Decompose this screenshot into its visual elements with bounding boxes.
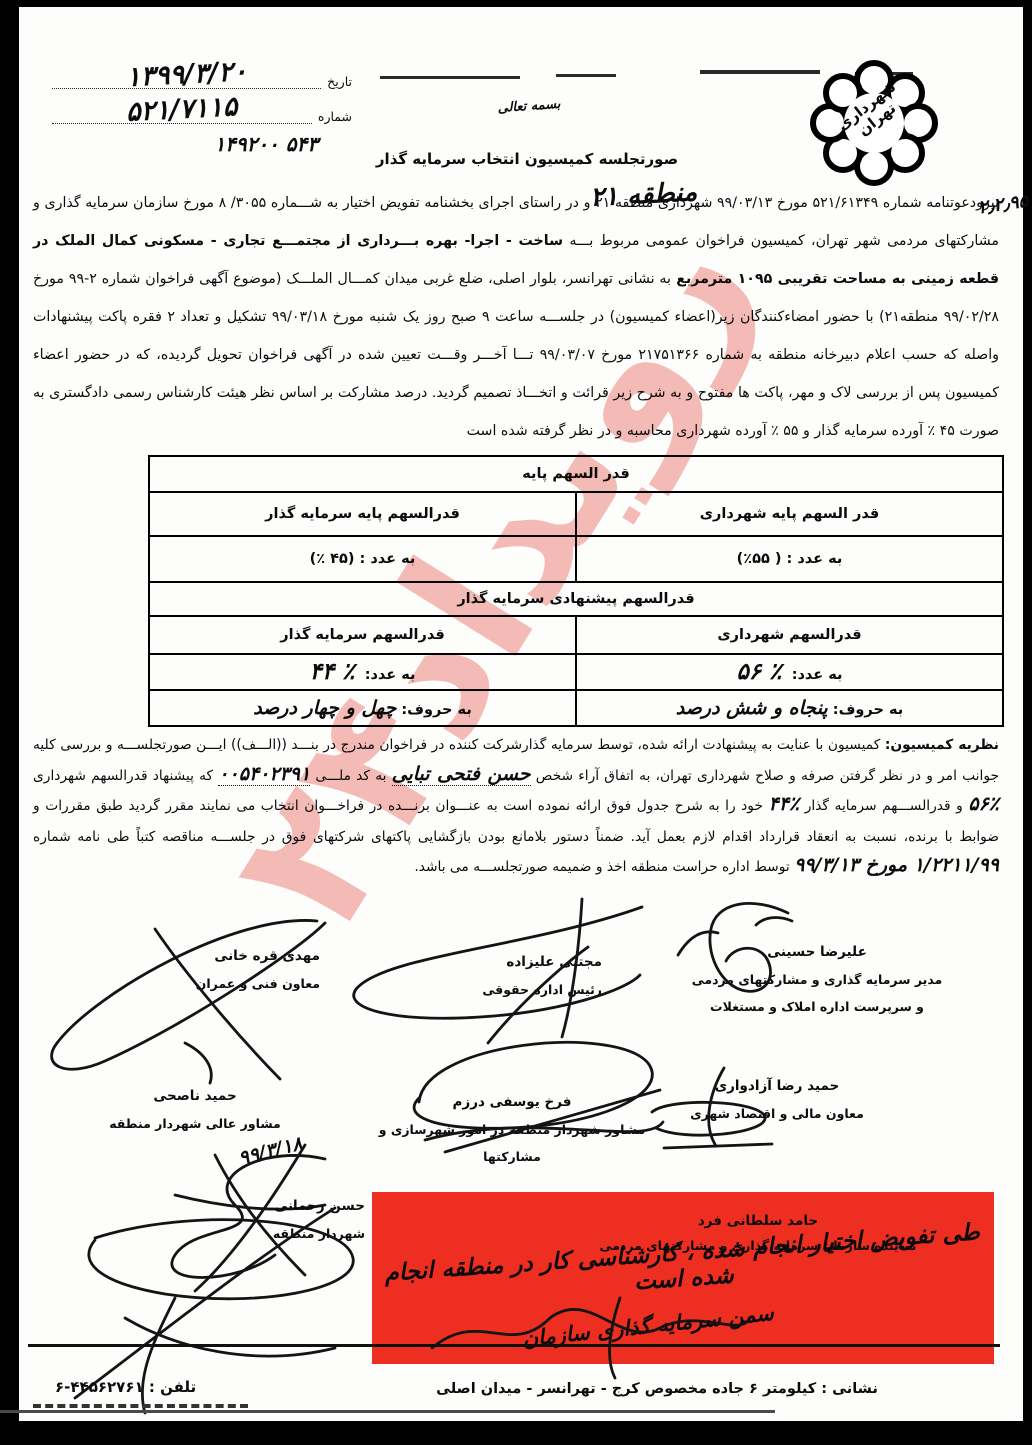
scan-noise-dash	[380, 76, 520, 79]
opinion-seg4: و قدرالســـهم سرمایه گذار	[799, 798, 968, 814]
intro-seg1: پیرودعوتنامه شماره ۵۲۱/۶۱۳۴۹ مورخ ۹۹/۰۳/…	[178, 195, 999, 211]
base-inv-value-cell: به عدد : (۴۵ ٪)	[149, 536, 576, 582]
investor-share-handwritten: ٪۴۴	[769, 793, 800, 815]
handwritten-code: ۵۴۳ ۱۴۹۲۰۰	[52, 132, 352, 156]
winner-name-handwritten: حسن فتحی تبایی	[392, 763, 531, 786]
proposed-share-header-cell: قدرالسهم پیشنهادی سرمایه گذار	[149, 582, 1003, 616]
table-row: قدرالسهم پیشنهادی سرمایه گذار	[149, 582, 1003, 616]
table-row: به حروف: پنجاه و شش درصد به حروف: چهل و …	[149, 690, 1003, 726]
opinion-seg2: به کد ملـــی	[310, 768, 391, 784]
number-row: شماره ۵۲۱/۷۱۱۵	[52, 97, 352, 124]
phone-text: تلفن : ۴۴۵۶۲۷۶۱-۶	[55, 1378, 196, 1396]
date-handwritten-value: ۱۳۹۹/۳/۲۰	[125, 59, 247, 91]
table-row: قدر السهم پایه شهرداری قدرالسهم پایه سرم…	[149, 492, 1003, 536]
number-label: شماره	[312, 109, 352, 124]
signature-block-nasehi: حمید ناصحی مشاور عالی شهردار منطقه	[70, 1082, 320, 1137]
words-label: به حروف:	[833, 702, 903, 718]
prop-inv-label-cell: قدرالسهم سرمایه گذار	[149, 616, 576, 654]
date-label: تاریخ	[321, 74, 352, 89]
prop-inv-number-cell: به عدد: ٪ ۴۴	[149, 654, 576, 690]
date-number-block: تاریخ ۱۳۹۹/۳/۲۰ شماره ۵۲۱/۷۱۱۵ ۵۴۳ ۱۴۹۲۰…	[52, 62, 352, 156]
number-word-label: به عدد:	[365, 667, 416, 683]
table-row: به عدد: ٪ ۵۶ به عدد: ٪ ۴۴	[149, 654, 1003, 690]
prop-muni-number-cell: به عدد: ٪ ۵۶	[576, 654, 1003, 690]
base-share-header-cell: قدر السهم پایه	[149, 456, 1003, 492]
scan-edge-right	[1023, 0, 1032, 1445]
scan-edge-left	[0, 0, 19, 1445]
number-fill-line: ۵۲۱/۷۱۱۵	[52, 97, 312, 124]
scanned-document-page: شهرداری تهران بسمه تعالی صورتجلسه کمیسیو…	[0, 0, 1032, 1445]
letter-number-handwritten: ۱/۲۲۱۱/۹۹ مورخ ۹۹/۳/۱۳	[794, 854, 999, 876]
horizontal-rule	[28, 1344, 1000, 1347]
words-label: به حروف:	[401, 702, 471, 718]
intro-seg3: به نشانی تهرانسر، بلوار اصلی، ضلع غربی م…	[33, 271, 999, 439]
prop-inv-words-cell: به حروف: چهل و چهار درصد	[149, 690, 576, 726]
prop-muni-number-handwritten: ٪ ۵۶	[736, 659, 781, 685]
opinion-label: نظریه کمیسیون:	[885, 737, 999, 753]
prop-muni-words-cell: به حروف: پنجاه و شش درصد	[576, 690, 1003, 726]
muni-share-handwritten: ٪۵۶	[968, 793, 999, 815]
signature-scribble-qarakhani	[35, 893, 335, 1088]
tehran-municipality-logo-icon: شهرداری تهران	[802, 58, 946, 188]
intro-paragraph: پیرودعوتنامه شماره ۵۲۱/۶۱۳۴۹ مورخ ۹۹/۰۳/…	[33, 184, 999, 450]
signature-scribble-yousefi	[385, 1018, 675, 1158]
scan-edge-bottom	[0, 1421, 1032, 1445]
date-fill-line: ۱۳۹۹/۳/۲۰	[52, 62, 321, 89]
base-muni-label-cell: قدر السهم پایه شهرداری	[576, 492, 1003, 536]
prop-muni-words-handwritten: پنجاه و شش درصد	[676, 697, 828, 719]
table-row: به عدد : ( ۵۵٪) به عدد : (۴۵ ٪)	[149, 536, 1003, 582]
prop-inv-number-handwritten: ٪ ۴۴	[309, 659, 354, 685]
signature-scribble-hosseini	[660, 895, 800, 1005]
base-muni-value-cell: به عدد : ( ۵۵٪)	[576, 536, 1003, 582]
base-inv-label-cell: قدرالسهم پایه سرمایه گذار	[149, 492, 576, 536]
number-handwritten-value: ۵۲۱/۷۱۱۵	[126, 94, 239, 126]
address-text: نشانی : کیلومتر ۶ جاده مخصوص کرج - تهران…	[414, 1381, 900, 1397]
table-row: قدر السهم پایه	[149, 456, 1003, 492]
prop-inv-words-handwritten: چهل و چهار درصد	[253, 697, 396, 719]
bismillah-text: بسمه تعالی	[464, 94, 595, 118]
date-row: تاریخ ۱۳۹۹/۳/۲۰	[52, 62, 352, 89]
share-table: قدر السهم پایه قدر السهم پایه شهرداری قد…	[148, 455, 1004, 727]
opinion-seg6: توسط اداره حراست منطقه اخذ و ضمیمه صورتج…	[414, 859, 794, 875]
scan-noise-dash	[556, 74, 616, 77]
table-row: قدرالسهم شهرداری قدرالسهم سرمایه گذار	[149, 616, 1003, 654]
scan-edge-top	[0, 0, 1032, 7]
opinion-seg3: که پیشنهاد قدرالسهم شهرداری	[33, 768, 218, 784]
page-title: صورتجلسه کمیسیون انتخاب سرمایه گذار	[352, 150, 702, 168]
signer-name: حمید ناصحی	[70, 1082, 320, 1110]
bottom-thin-line	[0, 1410, 775, 1413]
phone-underline	[33, 1404, 248, 1408]
commission-opinion-paragraph: نظریه کمیسیون: کمیسیون با عنایت به پیشنه…	[33, 730, 999, 883]
national-code-handwritten: ۰۰۵۴۰۲۳۹۱	[218, 763, 310, 786]
number-word-label: به عدد:	[792, 667, 843, 683]
prop-muni-label-cell: قدرالسهم شهرداری	[576, 616, 1003, 654]
signer-role: مشاور عالی شهردار منطقه	[70, 1110, 320, 1137]
handwritten-region-note: منطقه ۲۱	[589, 177, 698, 213]
signature-scribble-stamp	[420, 1288, 760, 1383]
